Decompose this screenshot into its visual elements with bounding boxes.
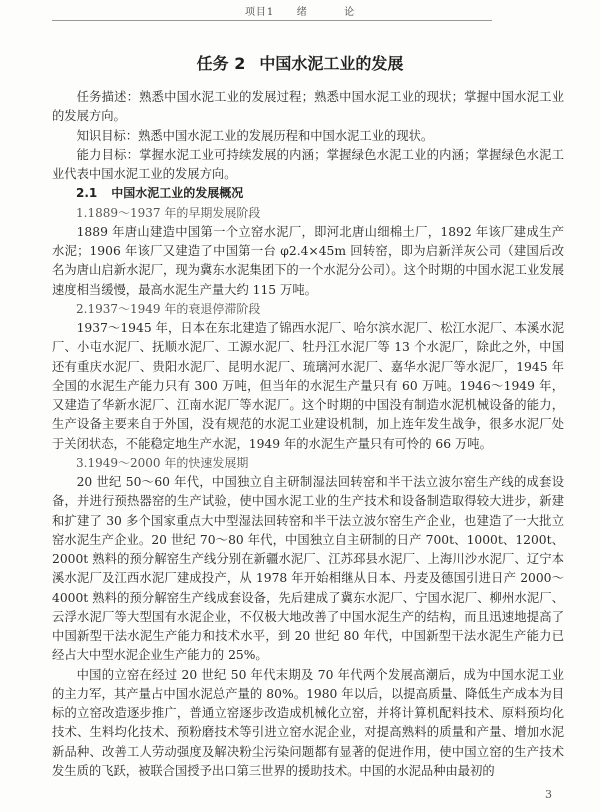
task-description: 任务描述：熟悉中国水泥工业的发展过程；熟悉中国水泥工业的现状；掌握中国水泥工业的…: [52, 88, 564, 127]
knowledge-goal: 知识目标：熟悉中国水泥工业的发展历程和中国水泥工业的现状。: [52, 127, 564, 146]
running-header-chapter-a: 绪: [297, 7, 308, 18]
task-title-text: 中国水泥工业的发展: [259, 54, 403, 73]
header-rule-divider: [52, 20, 492, 21]
page-title: 任务 2中国水泥工业的发展: [0, 51, 600, 74]
document-body: 任务描述：熟悉中国水泥工业的发展过程；熟悉中国水泥工业的现状；掌握中国水泥工业的…: [52, 88, 564, 781]
stage-paragraph: 20 世纪 50～60 年代，中国独立自主研制湿法回转窑和半干法立波尔窑生产线的…: [52, 473, 564, 666]
running-header-chapter-b: 论: [344, 7, 355, 18]
ability-goal: 能力目标：掌握水泥工业可持续发展的内涵；掌握绿色水泥工业的内涵；掌握绿色水泥工业…: [52, 146, 564, 185]
stage-heading: 1.1889～1937 年的早期发展阶段: [52, 204, 564, 223]
page-number: 3: [545, 788, 552, 801]
section-number: 2.1: [76, 186, 97, 200]
stage-paragraph: 1889 年唐山建造中国第一个立窑水泥厂，即河北唐山细棉土厂，1892 年该厂建…: [52, 223, 564, 300]
stage-heading: 3.1949～2000 年的快速发展期: [52, 454, 564, 473]
running-header: 项目1 绪 论: [0, 3, 600, 18]
section-title: 中国水泥工业的发展概况: [111, 186, 243, 200]
task-number: 任务 2: [197, 54, 246, 73]
running-header-project: 项目1: [245, 7, 274, 18]
stage-paragraph: 中国的立窑在经过 20 世纪 50 年代末期及 70 年代两个发展高潮后，成为中…: [52, 666, 564, 782]
stage-heading: 2.1937～1949 年的衰退停滞阶段: [52, 300, 564, 319]
stage-paragraph: 1937～1945 年，日本在东北建造了锦西水泥厂、哈尔滨水泥厂、松江水泥厂、本…: [52, 319, 564, 454]
section-heading: 2.1中国水泥工业的发展概况: [52, 184, 564, 203]
